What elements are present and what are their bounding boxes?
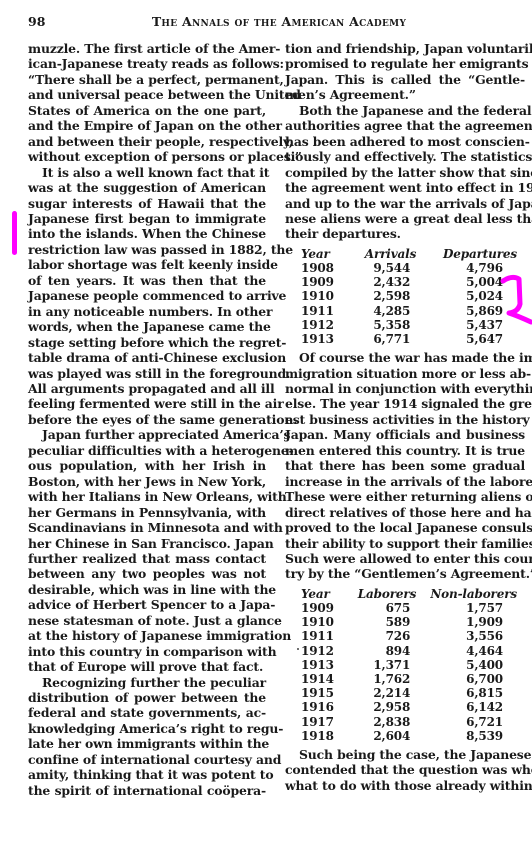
paragraph-treaty: muzzle. The first article of the Amer- i…: [28, 41, 266, 165]
text-line: and between their people, respectively,: [28, 134, 266, 149]
laborers-table: Year Laborers Non-laborers 19096751,757 …: [285, 587, 525, 743]
left-column: muzzle. The first article of the Amer- i…: [28, 41, 266, 798]
cell-arrivals: 9,544: [352, 261, 424, 275]
text-line: nese statesman of note. Just a glance: [28, 613, 266, 628]
text-line: men entered this country. It is true: [285, 443, 525, 458]
text-line: of ten years. It was then that the: [28, 273, 266, 288]
text-line: into this country in comparison with: [28, 644, 266, 659]
cell-laborers: 2,838: [352, 715, 424, 729]
cell-non-laborers: 3,556: [424, 629, 525, 643]
text-line: and universal peace between the United: [28, 87, 266, 102]
text-line: distribution of power between the: [28, 690, 266, 705]
text-line: Japan further appreciated America’s: [28, 427, 266, 442]
text-line: muzzle. The first article of the Amer-: [28, 41, 266, 56]
text-line: proved to the local Japanese consuls: [285, 520, 525, 535]
paragraph-war-situation: Of course the war has made the im- migra…: [285, 350, 525, 582]
cell-arrivals: 5,358: [352, 318, 424, 332]
table-row: 19125,3585,437: [285, 318, 525, 332]
text-line: States of America on the one part,: [28, 103, 266, 118]
text-line: men’s Agreement.”: [285, 87, 525, 102]
column-header-laborers: Laborers: [352, 587, 424, 601]
text-line: contended that the question was wholly: [285, 762, 525, 777]
table-row: 19117263,556: [285, 629, 525, 643]
cell-laborers: 2,604: [352, 729, 424, 743]
paragraph-federal-power: Recognizing further the peculiar distrib…: [28, 675, 266, 799]
text-line: labor shortage was felt keenly inside: [28, 257, 266, 272]
text-line: migration situation more or less ab-: [285, 366, 525, 381]
cell-year: 1912: [285, 318, 352, 332]
cell-arrivals: 4,285: [352, 304, 424, 318]
text-line: knowledging America’s right to regu-: [28, 721, 266, 736]
cell-year: 1909: [285, 601, 352, 615]
table-row: 19102,5985,024: [285, 289, 525, 303]
text-line: restriction law was passed in 1882, the: [28, 242, 266, 257]
table-row: 19128944,464: [285, 644, 525, 658]
text-line: Scandinavians in Minnesota and with: [28, 520, 266, 535]
cell-year: 1917: [285, 715, 352, 729]
cell-non-laborers: 6,700: [424, 672, 525, 686]
text-line: est business activities in the history o…: [285, 412, 525, 427]
document-page: 98 The Annals of the American Academy mu…: [0, 0, 532, 846]
table-row: 19162,9586,142: [285, 700, 525, 714]
text-line: promised to regulate her emigrants in: [285, 56, 525, 71]
text-line: and the Empire of Japan on the other: [28, 118, 266, 133]
text-line: desirable, which was in line with the: [28, 582, 266, 597]
text-line: Recognizing further the peculiar: [28, 675, 266, 690]
text-line: Japanese people commenced to arrive: [28, 288, 266, 303]
cell-year: 1918: [285, 729, 352, 743]
cell-year: 1910: [285, 289, 352, 303]
text-line: tiously and effectively. The statistics: [285, 149, 525, 164]
table-row: 19131,3715,400: [285, 658, 525, 672]
cell-year: 1912: [285, 644, 352, 658]
text-line: was at the suggestion of American: [28, 180, 266, 195]
cell-non-laborers: 6,815: [424, 686, 525, 700]
cell-laborers: 589: [352, 615, 424, 629]
text-line: peculiar difficulties with a heterogene-: [28, 443, 266, 458]
text-line: confine of international courtesy and: [28, 752, 266, 767]
table-row: 19089,5444,796: [285, 261, 525, 275]
text-line: stage setting before which the regret-: [28, 335, 266, 350]
text-line: late her own immigrants within the: [28, 736, 266, 751]
column-header-year: Year: [285, 247, 352, 261]
text-line: advice of Herbert Spencer to a Japa-: [28, 597, 266, 612]
text-line: increase in the arrivals of the laborers…: [285, 474, 525, 489]
cell-year: 1911: [285, 629, 352, 643]
cell-laborers: 2,958: [352, 700, 424, 714]
cell-non-laborers: 1,909: [424, 615, 525, 629]
cell-non-laborers: 8,539: [424, 729, 525, 743]
cell-non-laborers: 5,400: [424, 658, 525, 672]
running-head: 98 The Annals of the American Academy: [28, 14, 510, 34]
text-line: before the eyes of the same generation.: [28, 412, 266, 427]
text-line: amity, thinking that it was potent to: [28, 767, 266, 782]
table-row: 19136,7715,647: [285, 332, 525, 346]
text-line: her Germans in Pennsylvania, with: [28, 505, 266, 520]
cell-arrivals: 6,771: [352, 332, 424, 346]
table-row: 19105891,909: [285, 615, 525, 629]
cell-arrivals: 2,432: [352, 275, 424, 289]
text-line: what to do with those already within: [285, 778, 525, 793]
cell-arrivals: 2,598: [352, 289, 424, 303]
cell-non-laborers: 6,142: [424, 700, 525, 714]
text-line: between any two peoples was not: [28, 566, 266, 581]
text-line: authorities agree that the agreement: [285, 118, 525, 133]
text-line: further realized that mass contact: [28, 551, 266, 566]
text-line: Such being the case, the Japanese: [285, 747, 525, 762]
text-line: ous population, with her Irish in: [28, 458, 266, 473]
text-line: that of Europe will prove that fact.: [28, 659, 266, 674]
paragraph-gentlemens-agreement: tion and friendship, Japan voluntarily p…: [285, 41, 525, 103]
text-line: Boston, with her Jews in New York,: [28, 474, 266, 489]
column-header-arrivals: Arrivals: [352, 247, 424, 261]
text-line: table drama of anti-Chinese exclusion: [28, 350, 266, 365]
cell-year: 1913: [285, 332, 352, 346]
text-line: and up to the war the arrivals of Japa-: [285, 196, 525, 211]
text-line: her Chinese in San Francisco. Japan: [28, 536, 266, 551]
cell-laborers: 726: [352, 629, 424, 643]
text-line: Japan. This is called the “Gentle-: [285, 72, 525, 87]
table-row: 19096751,757: [285, 601, 525, 615]
table-row: 19114,2855,869: [285, 304, 525, 318]
cell-non-laborers: 4,464: [424, 644, 525, 658]
cell-departures: 5,647: [424, 332, 525, 346]
right-column: tion and friendship, Japan voluntarily p…: [285, 41, 525, 793]
table-row: 19152,2146,815: [285, 686, 525, 700]
text-line: the agreement went into effect in 1908: [285, 180, 525, 195]
text-line: has been adhered to most conscien-: [285, 134, 525, 149]
journal-title: The Annals of the American Academy: [28, 14, 510, 29]
paragraph-statistics: Both the Japanese and the federal author…: [285, 103, 525, 242]
table-header-row: Year Laborers Non-laborers: [285, 587, 525, 601]
cell-year: 1915: [285, 686, 352, 700]
text-line: These were either returning aliens or: [285, 489, 525, 504]
cell-year: 1911: [285, 304, 352, 318]
cell-departures: 4,796: [424, 261, 525, 275]
text-line: that there has been some gradual: [285, 458, 525, 473]
cell-year: 1909: [285, 275, 352, 289]
text-line: Such were allowed to enter this coun-: [285, 551, 525, 566]
cell-year: 1910: [285, 615, 352, 629]
paragraph-hawaii: It is also a well known fact that it was…: [28, 165, 266, 428]
text-line: their departures.: [285, 226, 525, 241]
table-row: 19092,4325,004: [285, 275, 525, 289]
cell-year: 1913: [285, 658, 352, 672]
highlight-bracket-mark: [500, 274, 532, 326]
cell-non-laborers: 1,757: [424, 601, 525, 615]
cell-year: 1908: [285, 261, 352, 275]
table-header-row: Year Arrivals Departures: [285, 247, 525, 261]
text-line: It is also a well known fact that it: [28, 165, 266, 180]
text-line: Of course the war has made the im-: [285, 350, 525, 365]
stray-ink-dot: [297, 648, 299, 650]
text-line: “There shall be a perfect, permanent,: [28, 72, 266, 87]
column-header-departures: Departures: [424, 247, 525, 261]
cell-laborers: 2,214: [352, 686, 424, 700]
text-line: was played was still in the foreground.: [28, 366, 266, 381]
text-line: nese aliens were a great deal less than: [285, 211, 525, 226]
text-line: federal and state governments, ac-: [28, 705, 266, 720]
text-line: direct relatives of those here and had: [285, 505, 525, 520]
text-line: feeling fermented were still in the air: [28, 396, 266, 411]
text-line: the spirit of international coöpera-: [28, 783, 266, 798]
text-line: their ability to support their families.: [285, 536, 525, 551]
text-line: words, when the Japanese came the: [28, 319, 266, 334]
arrivals-departures-table: Year Arrivals Departures 19089,5444,796 …: [285, 247, 525, 346]
text-line: without exception of persons or places.”: [28, 149, 266, 164]
text-line: compiled by the latter show that since: [285, 165, 525, 180]
text-line: Both the Japanese and the federal: [285, 103, 525, 118]
table-row: 19182,6048,539: [285, 729, 525, 743]
table-row: 19172,8386,721: [285, 715, 525, 729]
cell-year: 1914: [285, 672, 352, 686]
column-header-year: Year: [285, 587, 352, 601]
text-line: Japanese first began to immigrate: [28, 211, 266, 226]
cell-laborers: 894: [352, 644, 424, 658]
cell-laborers: 675: [352, 601, 424, 615]
cell-laborers: 1,371: [352, 658, 424, 672]
text-line: at the history of Japanese immigration: [28, 628, 266, 643]
text-line: normal in conjunction with everything: [285, 381, 525, 396]
text-line: into the islands. When the Chinese: [28, 226, 266, 241]
text-line: Japan. Many officials and business: [285, 427, 525, 442]
text-line: else. The year 1914 signaled the great-: [285, 396, 525, 411]
text-line: All arguments propagated and all ill: [28, 381, 266, 396]
table-row: 19141,7626,700: [285, 672, 525, 686]
text-line: in any noticeable numbers. In other: [28, 304, 266, 319]
cell-laborers: 1,762: [352, 672, 424, 686]
text-line: tion and friendship, Japan voluntarily: [285, 41, 525, 56]
highlight-marker-bar: [12, 211, 17, 255]
cell-year: 1916: [285, 700, 352, 714]
paragraph-heterogeneous: Japan further appreciated America’s pecu…: [28, 427, 266, 674]
paragraph-such-being-the-case: Such being the case, the Japanese conten…: [285, 747, 525, 793]
text-line: sugar interests of Hawaii that the: [28, 196, 266, 211]
text-line: with her Italians in New Orleans, with: [28, 489, 266, 504]
text-line: try by the “Gentlemen’s Agreement.”: [285, 566, 525, 581]
column-header-non-laborers: Non-laborers: [424, 587, 525, 601]
text-line: ican-Japanese treaty reads as follows:: [28, 56, 266, 71]
cell-non-laborers: 6,721: [424, 715, 525, 729]
